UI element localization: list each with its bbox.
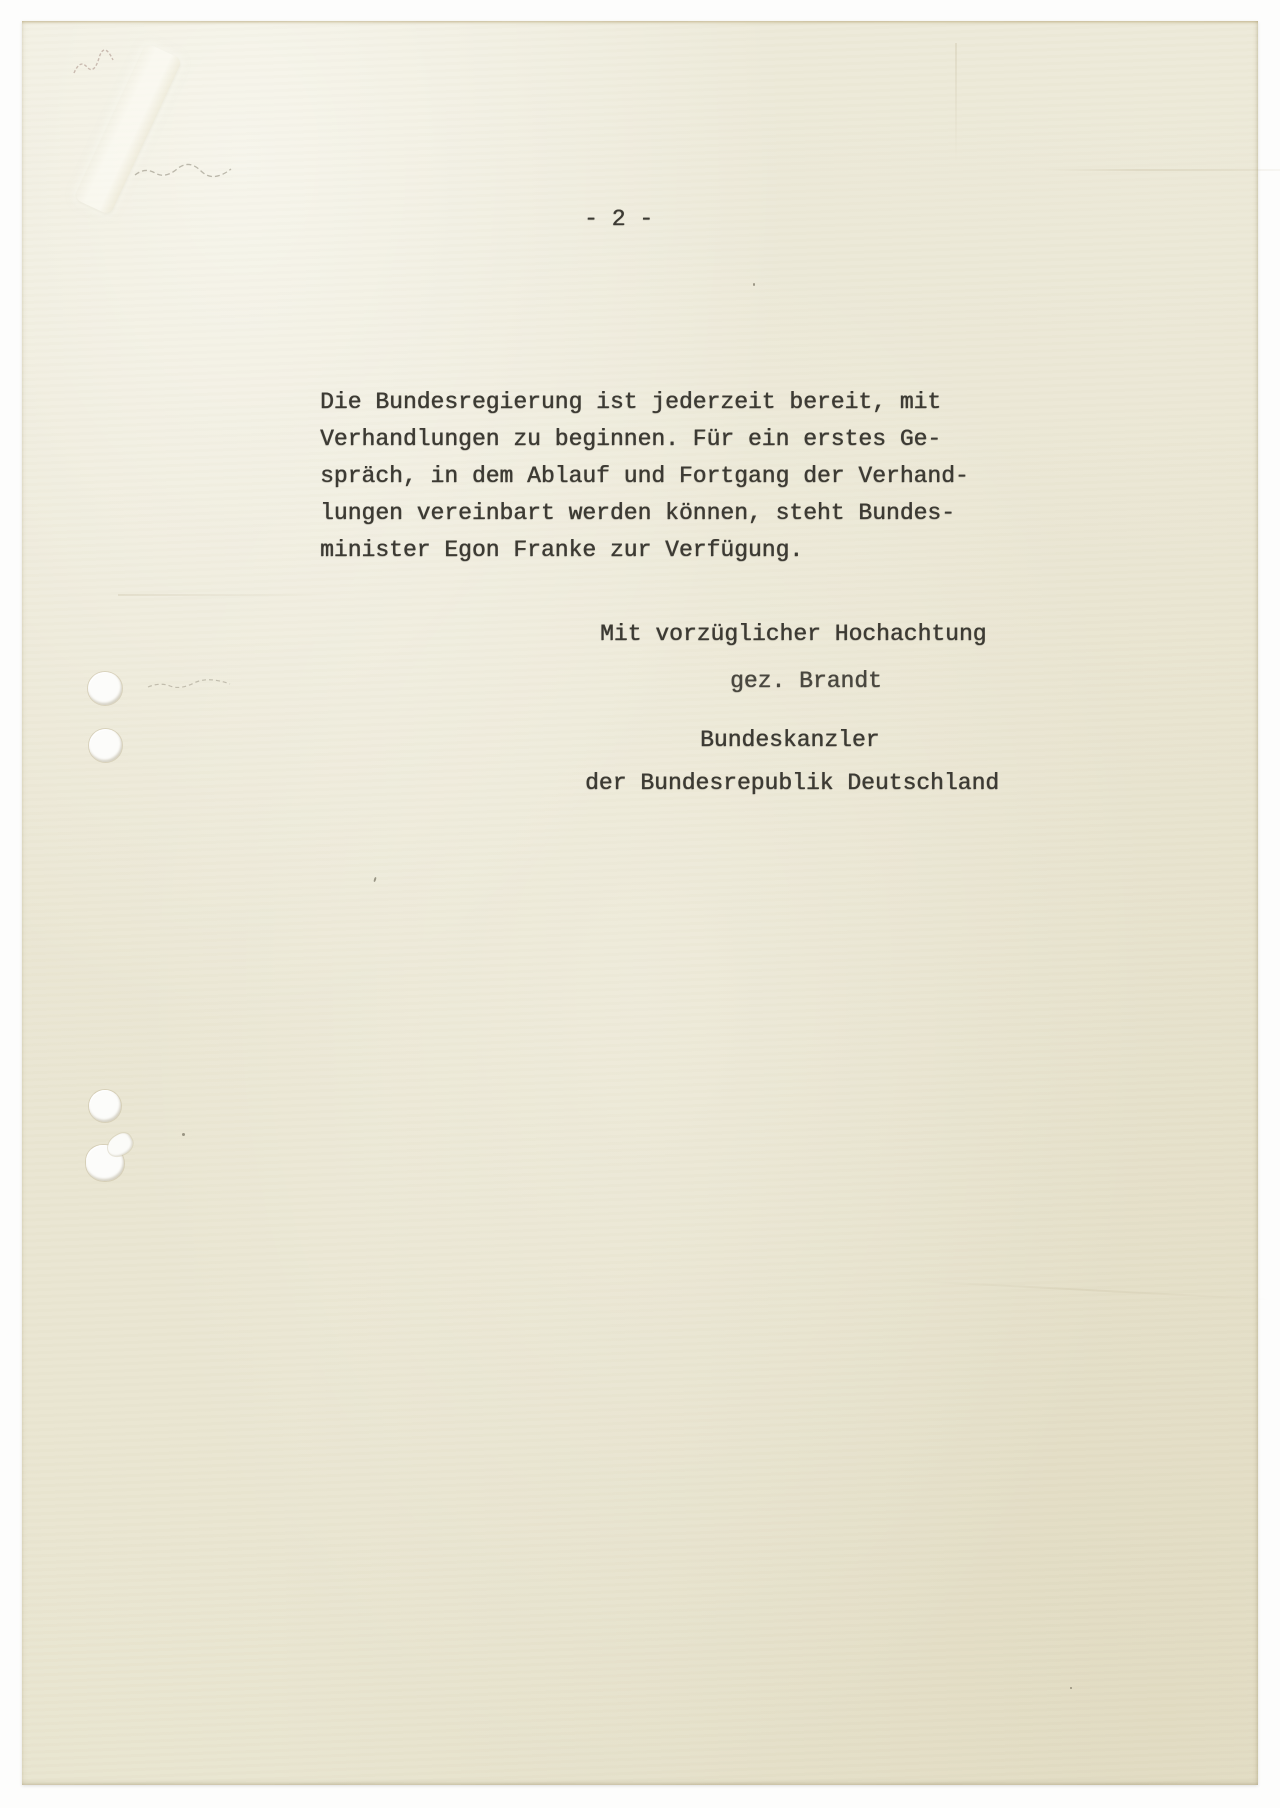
signer-title: Bundeskanzler: [700, 727, 879, 753]
pencil-scribble: [132, 159, 237, 185]
pencil-scribble: [70, 43, 140, 83]
punch-hole: [89, 729, 122, 762]
crease-mark: [955, 43, 957, 163]
closing-salutation: Mit vorzüglicher Hochachtung: [600, 621, 986, 647]
scanned-document: - 2 - Die Bundesregierung ist jederzeit …: [0, 0, 1280, 1808]
ink-speck: [373, 877, 376, 882]
punch-hole: [88, 672, 122, 705]
paper-sheet: [22, 21, 1258, 1785]
crease-mark: [902, 1279, 1272, 1300]
pencil-scribble: [146, 677, 236, 695]
crease-mark: [118, 594, 328, 596]
paper-texture: [22, 21, 1258, 1785]
letter-body-paragraph: Die Bundesregierung ist jederzeit bereit…: [320, 384, 969, 569]
crease-mark: [1042, 169, 1280, 171]
ink-speck: [1070, 1687, 1072, 1689]
ink-speck: [182, 1133, 185, 1136]
page-number: - 2 -: [584, 206, 653, 232]
ink-speck: [753, 283, 755, 286]
signer-organization: der Bundesrepublik Deutschland: [585, 770, 999, 796]
signature-line: gez. Brandt: [730, 668, 882, 694]
punch-hole: [89, 1090, 121, 1122]
